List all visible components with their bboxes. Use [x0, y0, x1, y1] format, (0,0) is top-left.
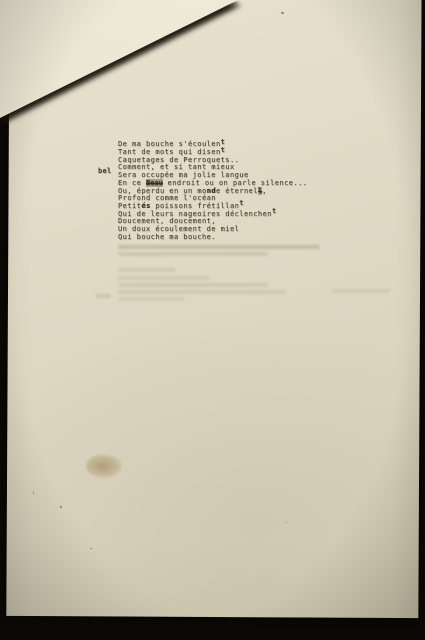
margin-annotation: bel — [98, 167, 112, 175]
poem-lines: De ma bouche s'écoulentTant de mots qui … — [118, 141, 307, 241]
poem-segment: , — [262, 187, 267, 195]
photo-background: De ma bouche s'écoulentTant de mots qui … — [0, 0, 425, 640]
poem-segment: t — [272, 207, 277, 215]
paper-stain — [86, 454, 122, 478]
poem-segment: t — [221, 146, 226, 154]
poem-line: Qui bouche ma bouche. — [118, 234, 307, 242]
paper-speck — [286, 522, 287, 523]
paper-speck — [33, 492, 34, 494]
poem-text: De ma bouche s'écoulentTant de mots qui … — [118, 126, 307, 257]
document-page — [6, 0, 421, 618]
paper-speck — [60, 506, 62, 508]
poem-segment: t — [239, 199, 244, 207]
poem-segment: e éternel — [216, 187, 258, 195]
poem-segment: Qui bouche ma bouche. — [118, 233, 216, 241]
paper-speck — [90, 548, 92, 549]
poem-segment: t — [221, 138, 226, 146]
